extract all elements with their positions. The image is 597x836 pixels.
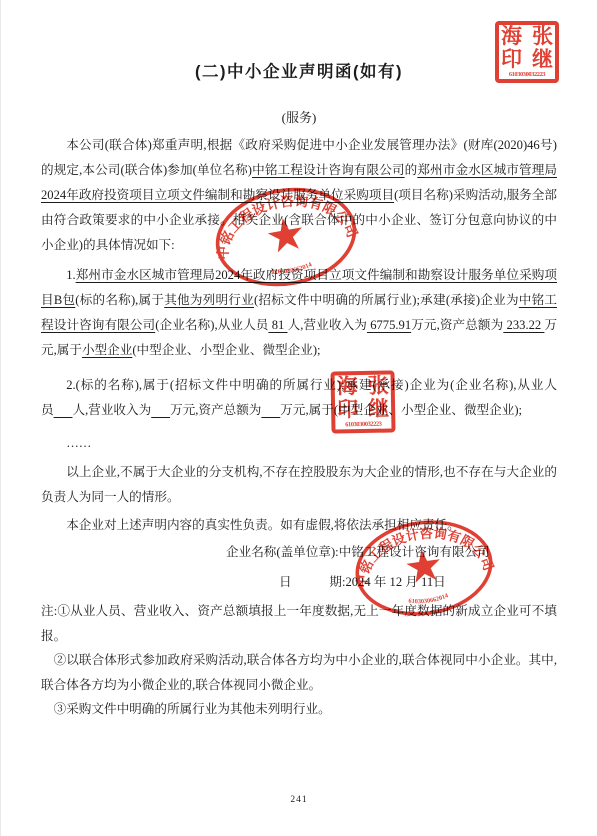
paragraph-item-1: 1.郑州市金水区城市管理局2024年政府投资项目立项文件编制和勘察设计服务单位采… xyxy=(41,263,557,363)
underlined-value: 233.22 xyxy=(503,318,544,332)
page-title: (二)中小企业声明函(如有) xyxy=(41,62,557,82)
note-3: ③采购文件中明确的所属行业为其他未列明行业。 xyxy=(41,697,557,722)
underlined-value xyxy=(54,403,73,417)
paragraph-ellipsis: …… xyxy=(41,431,557,456)
underlined-value xyxy=(261,403,280,417)
text-segment: 人,营业收入为 xyxy=(72,403,151,417)
paragraph-no-branch: 以上企业,不属于大企业的分支机构,不存在控股股东为大企业的情形,也不存在与大企业… xyxy=(41,460,557,510)
underlined-value: 中铭工程设计咨询有限公司 xyxy=(252,163,405,177)
underlined-value: 6775.91 xyxy=(367,318,411,332)
date-line: 日 期:2024 年 12 月 11日 xyxy=(279,570,557,595)
text-segment: (中型企业、小型企业、微型企业); xyxy=(132,343,320,357)
page-number: 241 xyxy=(1,795,597,805)
document-content: (二)中小企业声明函(如有) (服务) 本公司(联合体)郑重声明,根据《政府采购… xyxy=(1,62,597,722)
underlined-value: 小型企业 xyxy=(82,343,132,357)
underlined-value: 其他为列明行业 xyxy=(164,293,254,307)
document-page: (二)中小企业声明函(如有) (服务) 本公司(联合体)郑重声明,根据《政府采购… xyxy=(0,0,597,836)
paragraph-item-2: 2.(标的名称),属于(招标文件中明确的所属行业);承建(承接)企业为(企业名称… xyxy=(41,373,557,423)
text-segment: 的 xyxy=(405,163,418,177)
paragraph-responsibility: 本企业对上述声明内容的真实性负责。如有虚假,将依法承担相应责任。 xyxy=(41,513,557,538)
stamp-characters-row: 海 张 xyxy=(501,26,553,47)
stamp-char: 张 xyxy=(532,26,553,47)
paragraph-intro: 本公司(联合体)郑重声明,根据《政府采购促进中小企业发展管理办法》(财库(202… xyxy=(41,133,557,258)
text-segment: 万元,资产总额为 xyxy=(170,403,261,417)
note-2: ②以联合体形式参加政府采购活动,联合体各方均为中小企业的,联合体视同中小企业。其… xyxy=(41,648,557,697)
text-segment: (企业名称),从业人员 xyxy=(155,318,268,332)
stamp-char: 海 xyxy=(501,26,522,47)
doc-subtitle: (服务) xyxy=(41,109,557,127)
text-segment: (标的名称),属于 xyxy=(75,293,164,307)
underlined-value xyxy=(151,403,170,417)
note-1: 注:①从业人员、营业收入、资产总额填报上一年度数据,无上一年度数据的新成立企业可… xyxy=(41,599,557,648)
underlined-value: 81 xyxy=(268,318,287,332)
text-segment: 人,营业收入为 xyxy=(288,318,367,332)
text-segment: (招标文件中明确的所属行业);承建(承接)企业为 xyxy=(254,293,519,307)
text-segment: 万元,属于(中型企业、小型企业、微型企业); xyxy=(280,403,522,417)
text-segment: 1. xyxy=(66,268,75,282)
company-name-line: 企业名称(盖单位章):中铭工程设计咨询有限公司 xyxy=(226,540,557,565)
text-segment: 万元,资产总额为 xyxy=(411,318,503,332)
